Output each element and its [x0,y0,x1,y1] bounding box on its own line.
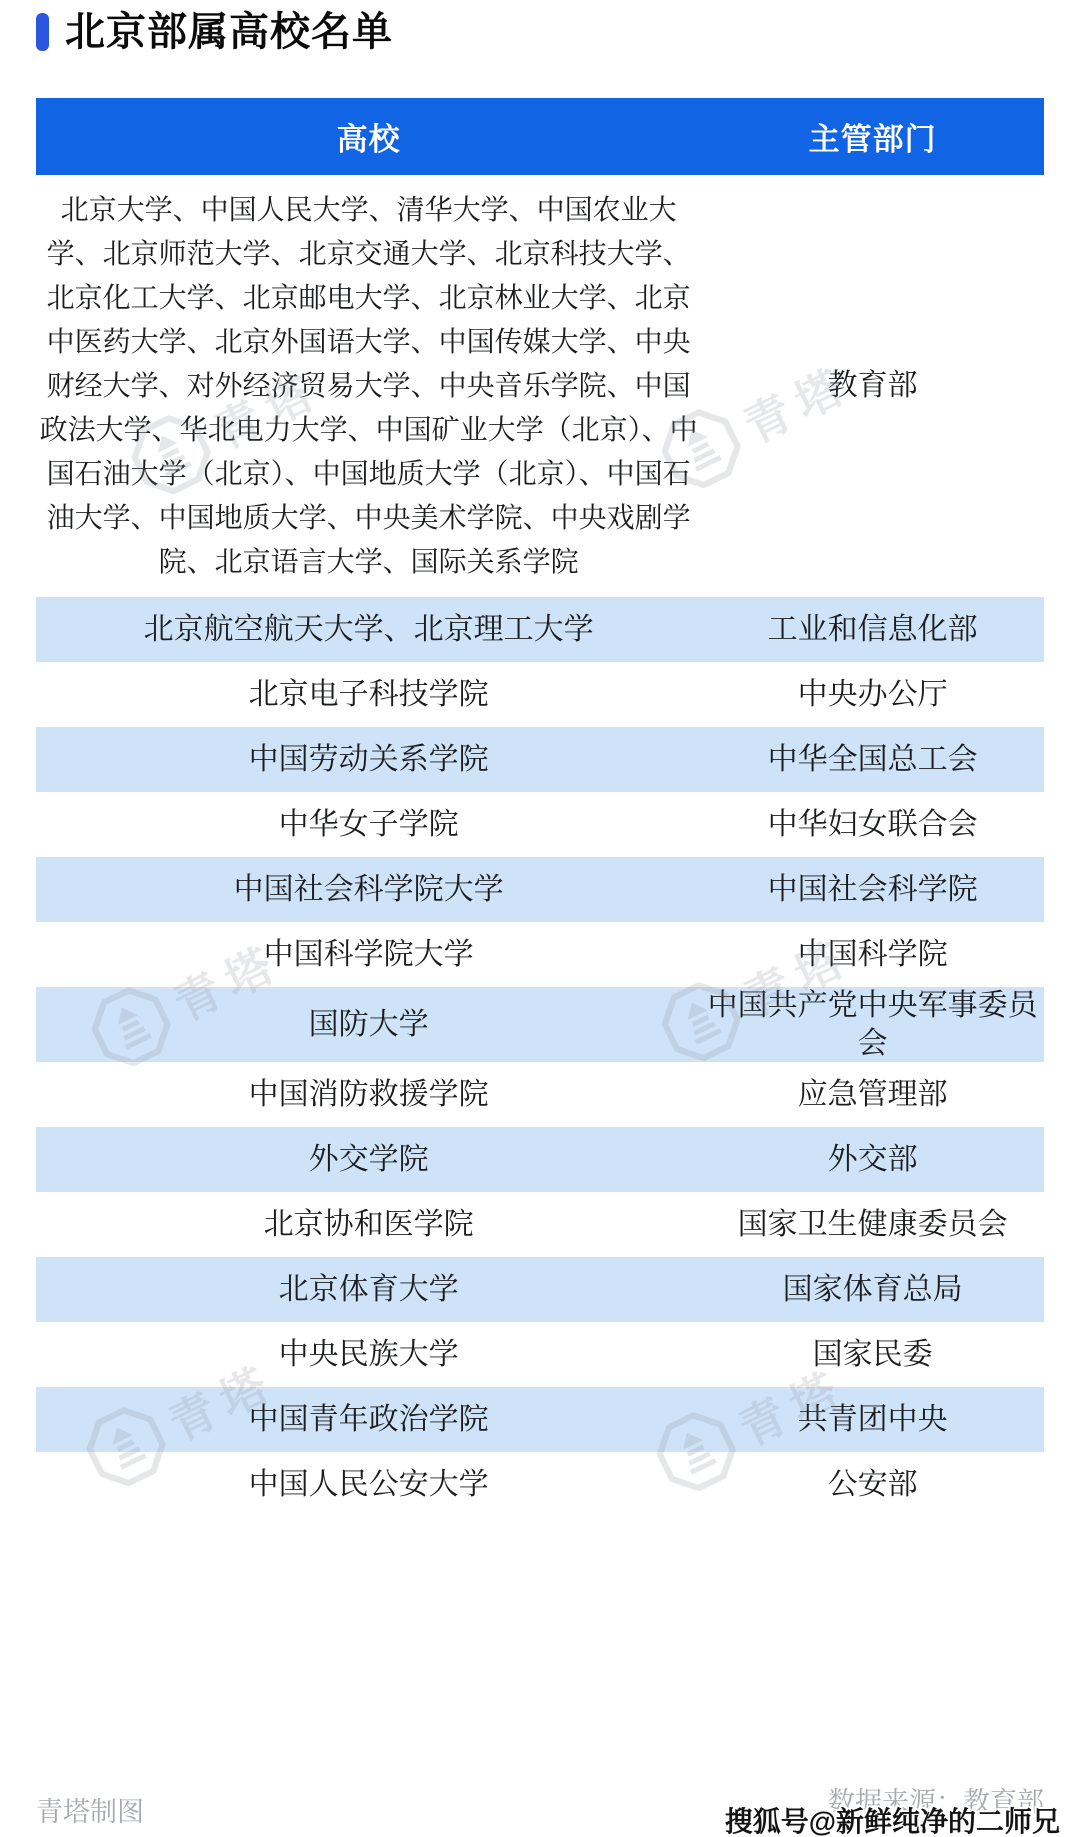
title-marker-bar [36,13,49,51]
table-row: 北京大学、中国人民大学、清华大学、中国农业大学、北京师范大学、北京交通大学、北京… [36,175,1044,597]
table-row: 中国消防救援学院应急管理部 [36,1062,1044,1127]
table-row: 中央民族大学国家民委 [36,1322,1044,1387]
university-cell: 中国消防救援学院 [36,1062,701,1127]
department-cell: 工业和信息化部 [701,597,1044,662]
page-title: 北京部属高校名单 [65,8,393,56]
university-cell: 中国科学院大学 [36,922,701,987]
department-cell: 共青团中央 [701,1387,1044,1452]
table-row: 国防大学中国共产党中央军事委员会 [36,987,1044,1062]
department-cell: 教育部 [701,175,1044,597]
university-cell: 外交学院 [36,1127,701,1192]
infographic-page: 北京部属高校名单 高校 主管部门 北京大学、中国人民大学、清华大学、中国农业大学… [0,0,1080,1837]
university-cell: 中央民族大学 [36,1322,701,1387]
university-cell: 中国劳动关系学院 [36,727,701,792]
table-row: 北京电子科技学院中央办公厅 [36,662,1044,727]
table-header-row: 高校 主管部门 [36,98,1044,175]
table-row: 北京航空航天大学、北京理工大学工业和信息化部 [36,597,1044,662]
university-cell: 国防大学 [36,987,701,1062]
department-cell: 中国科学院 [701,922,1044,987]
department-cell: 中央办公厅 [701,662,1044,727]
university-cell: 中国社会科学院大学 [36,857,701,922]
table-body: 北京大学、中国人民大学、清华大学、中国农业大学、北京师范大学、北京交通大学、北京… [36,175,1044,1517]
table-row: 中国青年政治学院共青团中央 [36,1387,1044,1452]
sohu-account-watermark: 搜狐号@新鲜纯净的二师兄 [725,1800,1060,1837]
university-cell: 北京航空航天大学、北京理工大学 [36,597,701,662]
table-row: 中华女子学院中华妇女联合会 [36,792,1044,857]
credit-text: 青塔制图 [36,1790,144,1829]
table-row: 北京协和医学院国家卫生健康委员会 [36,1192,1044,1257]
department-cell: 应急管理部 [701,1062,1044,1127]
table-row: 北京体育大学国家体育总局 [36,1257,1044,1322]
department-cell: 国家民委 [701,1322,1044,1387]
department-cell: 中华妇女联合会 [701,792,1044,857]
department-cell: 中国社会科学院 [701,857,1044,922]
university-cell: 北京大学、中国人民大学、清华大学、中国农业大学、北京师范大学、北京交通大学、北京… [36,175,701,597]
column-header-department: 主管部门 [701,114,1044,159]
university-cell: 中华女子学院 [36,792,701,857]
table-row: 外交学院外交部 [36,1127,1044,1192]
department-cell: 中国共产党中央军事委员会 [701,987,1044,1062]
page-header: 北京部属高校名单 [36,8,393,56]
university-cell: 中国人民公安大学 [36,1452,701,1517]
university-table: 高校 主管部门 北京大学、中国人民大学、清华大学、中国农业大学、北京师范大学、北… [36,98,1044,1517]
table-row: 中国科学院大学中国科学院 [36,922,1044,987]
column-header-university: 高校 [36,114,701,159]
department-cell: 国家卫生健康委员会 [701,1192,1044,1257]
university-cell: 北京电子科技学院 [36,662,701,727]
university-cell: 北京协和医学院 [36,1192,701,1257]
department-cell: 外交部 [701,1127,1044,1192]
university-cell: 中国青年政治学院 [36,1387,701,1452]
department-cell: 国家体育总局 [701,1257,1044,1322]
university-cell: 北京体育大学 [36,1257,701,1322]
table-row: 中国劳动关系学院中华全国总工会 [36,727,1044,792]
table-row: 中国人民公安大学公安部 [36,1452,1044,1517]
department-cell: 中华全国总工会 [701,727,1044,792]
table-row: 中国社会科学院大学中国社会科学院 [36,857,1044,922]
department-cell: 公安部 [701,1452,1044,1517]
